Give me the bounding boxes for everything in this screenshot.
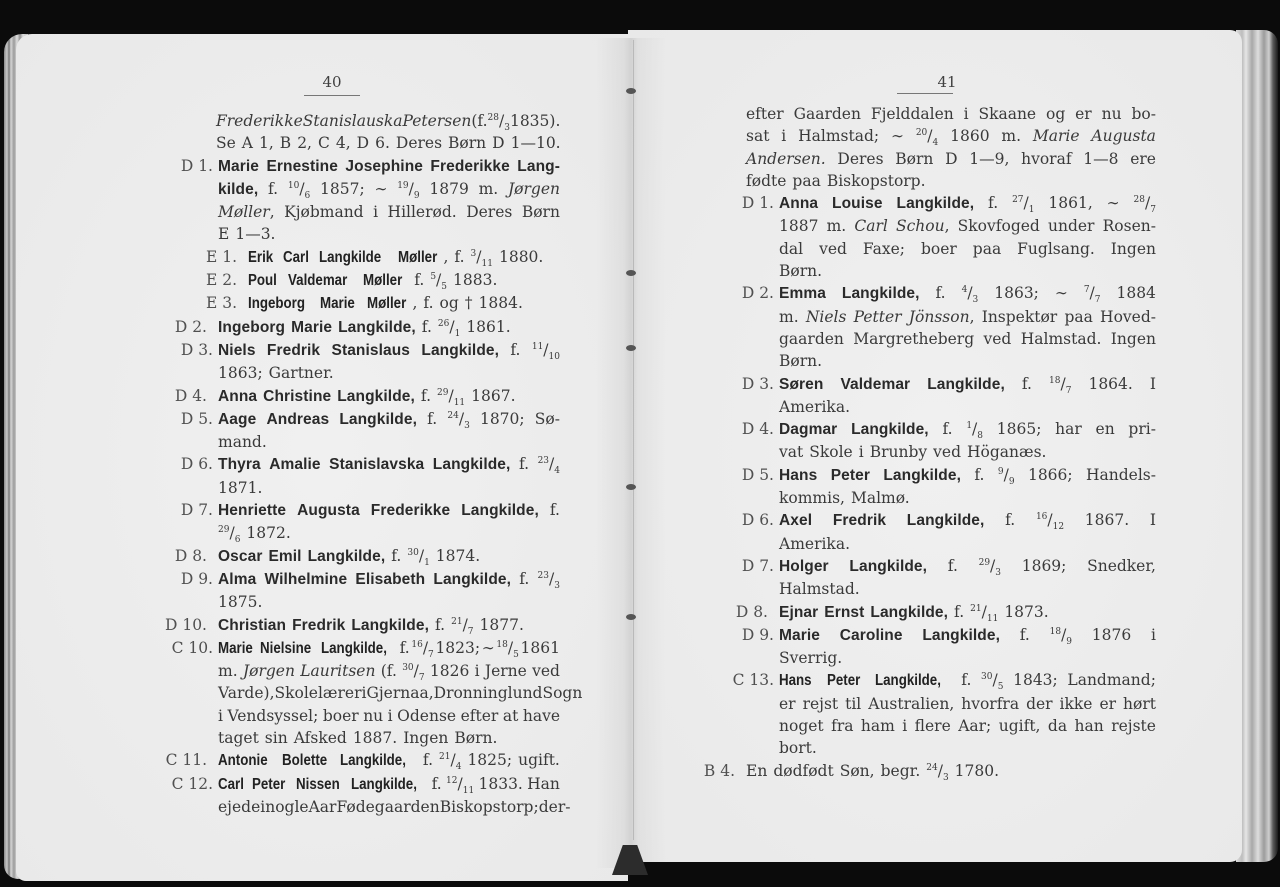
- text-fragment: 7: [1150, 205, 1156, 215]
- text-fragment: mand.: [218, 433, 267, 451]
- text-fragment: fødte: [746, 172, 786, 190]
- entry-line: D 5.HansPeterLangkilde,f.9/91866;Handels…: [779, 464, 1156, 487]
- text-fragment: bo-: [1131, 105, 1156, 123]
- text-fragment: Hillerød.: [388, 203, 457, 221]
- word: Vendsyssel;: [227, 705, 318, 727]
- word: Børn: [448, 132, 486, 154]
- text-fragment: 30: [981, 672, 992, 682]
- entry-line: D 1.MarieErnestineJosephineFrederikkeLan…: [218, 155, 560, 178]
- person-name: Marie: [218, 158, 259, 175]
- text-fragment: 1: [1029, 205, 1035, 215]
- person-name: Stanislaus: [332, 342, 411, 359]
- word: under: [1048, 215, 1094, 237]
- text-fragment: f.: [954, 603, 964, 621]
- entry-line: D 10.ChristianFredrikLangkilde,f.21/7187…: [218, 614, 560, 637]
- word: Lang-: [517, 155, 560, 178]
- text-fragment: Gjernaa,: [366, 684, 433, 702]
- text-fragment: 1865;: [997, 420, 1042, 438]
- person-name: Christine: [263, 388, 331, 405]
- left-page-text: FrederikkeStanislauskaPetersen(f.28/3183…: [171, 110, 560, 818]
- text-fragment: C: [318, 134, 330, 152]
- word: 3/11: [471, 246, 493, 269]
- text-fragment: 1—10.: [511, 134, 561, 152]
- word: ved: [984, 328, 1012, 350]
- person-name: Fredrik: [267, 342, 320, 359]
- person-name: Ingeborg: [218, 319, 285, 336]
- person-name: Langkilde,: [433, 456, 511, 473]
- person-name: Langkilde,: [927, 376, 1005, 393]
- entry-line: C 11.AntonieBoletteLangkilde,f.21/41825;…: [218, 749, 560, 772]
- word: boer: [921, 238, 957, 260]
- word: Langkilde,: [851, 418, 929, 441]
- person-name: Stanislavska: [329, 456, 424, 473]
- word: 1861: [521, 637, 560, 660]
- person-name: Langkilde,: [321, 638, 387, 660]
- word: 5/5: [430, 269, 447, 292]
- person-name: Langkilde: [319, 247, 381, 269]
- word: ∼: [1107, 192, 1120, 215]
- text-fragment: 24: [447, 411, 458, 421]
- word: D: [945, 148, 957, 170]
- entry-label: D 9.: [181, 568, 218, 590]
- word: Nielsine: [260, 637, 319, 660]
- text-fragment: 10: [549, 352, 560, 362]
- word: ved: [532, 660, 560, 682]
- word: Langkilde,: [433, 568, 511, 591]
- text-fragment: Skaane: [978, 105, 1036, 123]
- text-line: m.NielsPetterJönsson,InspektørpaaHoved-: [779, 306, 1156, 328]
- text-fragment: 1861: [521, 639, 560, 657]
- text-fragment: 1863;: [994, 284, 1039, 302]
- word: i: [781, 125, 786, 147]
- text-fragment: 1861,: [1048, 194, 1092, 212]
- word: Alma: [218, 568, 256, 591]
- word: 26/1: [438, 316, 460, 339]
- text-fragment: f.: [942, 420, 952, 438]
- word: Fødegaarden: [336, 796, 439, 818]
- word: Hans: [779, 669, 817, 692]
- text-fragment: Deres: [837, 150, 883, 168]
- entry-label: D 2.: [742, 282, 779, 304]
- entry-label: E 3.: [206, 292, 242, 314]
- entry-label: D 4.: [175, 385, 212, 407]
- text-fragment: 11: [482, 259, 493, 269]
- person-name: Langkilde,: [870, 604, 948, 621]
- word: nogle: [265, 796, 308, 818]
- text-fragment: 1876: [1092, 626, 1131, 644]
- word: f.: [454, 246, 464, 269]
- person-name: Nissen: [296, 774, 340, 796]
- entry-line: D 9.MarieCarolineLangkilde,f.18/91876i: [779, 624, 1156, 647]
- word: Thyra: [218, 453, 261, 476]
- word: hvorfra: [961, 693, 1019, 715]
- text-fragment: sat: [746, 127, 769, 145]
- text-fragment: Jerne: [485, 662, 527, 680]
- text-line: Varde),SkolelæreriGjernaa,DronninglundSo…: [218, 682, 560, 704]
- text-fragment: Fjelddalen: [871, 105, 954, 123]
- word: i: [388, 705, 393, 727]
- word: Emma: [779, 282, 826, 305]
- text-fragment: begr.: [881, 762, 921, 780]
- person-name: Langkilde,: [461, 502, 539, 519]
- person-name: Langkilde,: [907, 512, 985, 529]
- text-fragment: Kjøbmand: [284, 203, 363, 221]
- word: Stanislavska: [329, 453, 424, 476]
- person-name: Christian: [218, 617, 286, 634]
- word: Amalie: [269, 453, 320, 476]
- binding-stitch: [626, 484, 636, 490]
- text-fragment: dødfødt: [773, 762, 833, 780]
- text-fragment: ugift.: [518, 751, 560, 769]
- person-name: Marie: [320, 293, 355, 315]
- text-fragment: 1: [424, 558, 430, 568]
- word: Peter: [827, 669, 866, 692]
- text-fragment: Ingen: [1111, 240, 1156, 258]
- entry-label: D 9.: [742, 624, 779, 646]
- word: Christine: [263, 385, 331, 408]
- word: f.: [1020, 624, 1030, 647]
- word: Langkilde,: [339, 408, 417, 431]
- entry-line: D 3.SørenValdemarLangkilde,f.18/71864.I: [779, 373, 1156, 396]
- person-name: Wilhelmine: [265, 571, 348, 588]
- text-fragment: 4: [554, 467, 560, 477]
- text-line: FrederikkeStanislauskaPetersen(f.28/3183…: [216, 110, 560, 132]
- text-line: errejsttilAustralien,hvorfraderikkeerhør…: [779, 693, 1156, 715]
- text-fragment: (f.: [471, 112, 487, 130]
- word: Møller: [363, 269, 409, 292]
- text-fragment: 1826: [430, 662, 469, 680]
- text-fragment: Børn.: [779, 262, 822, 280]
- word: Langkilde,: [922, 624, 1000, 647]
- word: 1—9,: [969, 148, 1009, 170]
- person-name: Frederikke: [430, 158, 509, 175]
- page-number-rule: [304, 95, 360, 96]
- word: Langkilde,: [875, 669, 952, 692]
- text-fragment: Ingen: [1111, 330, 1156, 348]
- word: Biskopstorp;: [440, 796, 539, 818]
- person-name: Amalie: [269, 456, 320, 473]
- word: Langkilde,: [461, 499, 539, 522]
- text-fragment: 1780.: [955, 762, 999, 780]
- word: Ernestine: [266, 155, 338, 178]
- text-fragment: sin: [265, 729, 288, 747]
- word: Andreas: [266, 408, 329, 431]
- text-fragment: nu: [363, 707, 383, 725]
- word: Skole: [809, 441, 852, 463]
- entry-line: D 8.EjnarErnstLangkilde,f.21/111873.: [779, 601, 1156, 624]
- text-fragment: f.: [435, 616, 445, 634]
- spouse-name: Stanislauska: [303, 112, 403, 130]
- word: Langkilde,: [421, 339, 499, 362]
- word: i: [373, 201, 378, 223]
- word: 16/7: [411, 637, 433, 660]
- word: Ingeborg: [248, 292, 314, 315]
- text-fragment: ere: [1130, 150, 1156, 168]
- person-name: Fredrik: [833, 512, 886, 529]
- text-fragment: hvoraf: [1021, 150, 1071, 168]
- word: 23/4: [538, 453, 560, 476]
- entry-line: D 7.HolgerLangkilde,f.29/31869;Snedker,: [779, 555, 1156, 578]
- word: 1884.: [479, 292, 523, 315]
- text-fragment: fra: [831, 717, 853, 735]
- text-fragment: 12: [446, 775, 457, 785]
- person-name: Langkilde,: [842, 285, 920, 302]
- text-fragment: Sverrig.: [779, 649, 842, 667]
- text-fragment: vat: [779, 443, 803, 461]
- word: kilde,: [218, 178, 258, 201]
- word: Carl: [283, 246, 313, 269]
- word: f.: [435, 614, 445, 637]
- word: Schou,: [896, 215, 950, 237]
- text-fragment: Gaarden: [794, 105, 861, 123]
- word: 1825;: [467, 749, 512, 772]
- word: da: [1048, 715, 1067, 737]
- person-name: Langkilde,: [851, 421, 929, 438]
- person-name: Bolette: [282, 750, 327, 772]
- word: Amerika.: [779, 396, 850, 418]
- person-name: Oscar: [218, 548, 262, 565]
- word: Höganæs.: [967, 441, 1046, 463]
- person-name: Emma: [779, 285, 826, 302]
- text-fragment: 5: [998, 683, 1004, 693]
- person-name: kilde,: [218, 181, 258, 198]
- entry-label: D 7.: [742, 555, 779, 577]
- text-fragment: 1884.: [479, 294, 523, 312]
- binding-stitch: [626, 345, 636, 351]
- word: f.: [423, 749, 433, 772]
- text-fragment: f.: [432, 775, 442, 793]
- word: 1887: [779, 215, 818, 237]
- entry-line: B 4.EndødfødtSøn,begr.24/31780.: [746, 760, 1156, 782]
- text-fragment: i: [781, 127, 786, 145]
- person-name: Ejnar: [779, 604, 818, 621]
- person-name: Møller: [398, 247, 437, 269]
- word: 1879: [429, 178, 468, 201]
- word: Caroline: [840, 624, 903, 647]
- text-fragment: Deres: [466, 203, 512, 221]
- text-fragment: 1877.: [480, 616, 524, 634]
- text-fragment: ved: [819, 240, 847, 258]
- right-page-edges: [1236, 30, 1278, 862]
- text-fragment: f.: [510, 341, 520, 359]
- word: Peter: [252, 773, 291, 796]
- text-fragment: gaarden: [779, 330, 844, 348]
- entry-line: D 4.DagmarLangkilde,f.1/81865;harenpri-: [779, 418, 1156, 441]
- person-name: Aage: [218, 411, 256, 428]
- word: 1867.: [471, 385, 515, 408]
- word: Snedker,: [1087, 555, 1156, 578]
- text-fragment: Landmand;: [1067, 671, 1156, 689]
- text-fragment: taget: [218, 729, 259, 747]
- text-fragment: at: [503, 707, 518, 725]
- text-fragment: Amerika.: [779, 398, 850, 416]
- word: 10/6: [288, 178, 310, 201]
- word: Hoved-: [1100, 306, 1156, 328]
- word: Holger: [779, 555, 829, 578]
- word: Skovfoged: [958, 215, 1040, 237]
- word: Langkilde,: [338, 316, 416, 339]
- word: 23/3: [538, 568, 560, 591]
- text-line: Børn.: [779, 350, 1156, 372]
- text-fragment: 1—8: [1083, 150, 1118, 168]
- text-fragment: ,: [270, 203, 275, 221]
- text-fragment: ,: [945, 217, 950, 235]
- word: i: [859, 441, 864, 463]
- word: Handels-: [1086, 464, 1156, 487]
- word: 1869;: [1022, 555, 1067, 578]
- entry-label: E 2.: [206, 269, 242, 291]
- word: 18/7: [1049, 373, 1071, 396]
- text-fragment: 9: [1009, 477, 1015, 487]
- word: flere: [915, 715, 951, 737]
- person-name: Josephine: [345, 158, 423, 175]
- text-fragment: Børn: [895, 150, 933, 168]
- text-fragment: 18: [1050, 627, 1061, 637]
- text-fragment: ejede: [218, 798, 260, 816]
- text-fragment: f.: [422, 318, 432, 336]
- word: 1/8: [966, 418, 983, 441]
- entry-label: D 6.: [742, 509, 779, 531]
- text-fragment: og: [1046, 105, 1065, 123]
- word: Dagmar: [779, 418, 837, 441]
- person-name: Axel: [779, 512, 812, 529]
- text-fragment: B: [280, 134, 291, 152]
- word: 1873.: [1004, 601, 1048, 624]
- text-fragment: hvorfra: [961, 695, 1019, 713]
- person-name: Peter: [831, 467, 870, 484]
- text-fragment: 1: [455, 329, 461, 339]
- text-fragment: 21: [451, 616, 462, 626]
- text-fragment: Sogn: [542, 684, 582, 702]
- text-line: Møller,KjøbmandiHillerød.DeresBørn: [218, 201, 560, 223]
- word: Møller,: [218, 201, 275, 223]
- text-fragment: Faxe;: [863, 240, 905, 258]
- word: 24/3: [447, 408, 469, 431]
- text-fragment: 1863;: [218, 364, 263, 382]
- word: 30/1: [407, 545, 429, 568]
- spouse-name: Carl: [854, 217, 887, 235]
- word: nu: [1102, 103, 1122, 125]
- text-fragment: 1857;: [320, 180, 365, 198]
- text-fragment: er: [1075, 105, 1092, 123]
- word: f.: [268, 178, 278, 201]
- text-fragment: Dronninglund: [434, 684, 543, 702]
- entry-label: D 5.: [742, 464, 779, 486]
- text-fragment: Søn,: [840, 762, 875, 780]
- word: efter: [746, 103, 784, 125]
- text-fragment: Skolelærer: [275, 684, 362, 702]
- text-line: tagetsinAfsked1887.IngenBørn.: [218, 727, 560, 749]
- person-name: Langkilde,: [308, 548, 386, 565]
- word: ugift.: [518, 749, 560, 772]
- text-fragment: m.: [479, 180, 499, 198]
- entry-line: D 8.OscarEmilLangkilde,f.30/11874.: [218, 545, 560, 568]
- word: Ingen: [403, 727, 448, 749]
- word: Bolette: [282, 749, 335, 772]
- word: i: [475, 660, 480, 682]
- word: f.: [550, 499, 560, 522]
- word: Australien,: [868, 693, 954, 715]
- text-fragment: Børn: [448, 134, 486, 152]
- text-line: bort.: [779, 737, 1156, 759]
- text-fragment: 3: [973, 295, 979, 305]
- word: 16/12: [1036, 509, 1064, 532]
- text-fragment: f.: [1020, 626, 1030, 644]
- text-fragment: ∼: [1055, 284, 1068, 302]
- word: B: [280, 132, 291, 154]
- word: Henriette: [218, 499, 286, 522]
- text-fragment: Gartner.: [269, 364, 334, 382]
- entry-line: D 6.AxelFredrikLangkilde,f.16/121867.I: [779, 509, 1156, 532]
- text-line: gaardenMargrethebergvedHalmstad.Ingen: [779, 328, 1156, 350]
- entry-label: B 4.: [704, 760, 740, 782]
- text-fragment: Skovfoged: [958, 217, 1040, 235]
- text-fragment: D: [492, 134, 504, 152]
- word: Kjøbmand: [284, 201, 363, 223]
- text-fragment: der: [1026, 695, 1053, 713]
- word: Marie: [218, 155, 259, 178]
- word: Halmstad.: [779, 578, 860, 600]
- text-fragment: er: [779, 695, 796, 713]
- word: sat: [746, 125, 769, 147]
- word: f.: [988, 192, 998, 215]
- text-fragment: 3: [995, 568, 1001, 578]
- text-fragment: der-: [539, 798, 571, 816]
- word: Petter: [854, 306, 902, 328]
- spouse-name: Jørgen: [243, 662, 295, 680]
- text-fragment: en: [1096, 420, 1115, 438]
- entry-line: D 2.IngeborgMarieLangkilde,f.26/11861.: [218, 316, 560, 339]
- text-fragment: 6: [305, 191, 311, 201]
- text-fragment: 10: [288, 181, 299, 191]
- entry-line: D 9.AlmaWilhelmineElisabethLangkilde,f.2…: [218, 568, 560, 591]
- word: †: [465, 292, 473, 315]
- word: f.: [954, 601, 964, 624]
- text-fragment: ugift,: [999, 717, 1041, 735]
- person-name: Møller: [363, 270, 402, 292]
- text-fragment: 21: [439, 752, 450, 762]
- word: mand.: [218, 431, 267, 453]
- person-name: Dagmar: [779, 421, 837, 438]
- word: fra: [831, 715, 853, 737]
- word: efter: [461, 705, 499, 727]
- person-name: Langkilde,: [351, 617, 429, 634]
- entry-label: C 11.: [166, 749, 212, 771]
- word: han: [1075, 715, 1104, 737]
- text-fragment: 2,: [297, 134, 312, 152]
- word: ved: [819, 238, 847, 260]
- text-fragment: 1843;: [1013, 671, 1058, 689]
- text-fragment: Biskopstorp.: [827, 172, 926, 190]
- text-fragment: 7: [428, 650, 434, 660]
- person-name: Ernestine: [266, 158, 338, 175]
- text-fragment: i: [218, 707, 223, 725]
- person-name: Valdemar: [288, 270, 347, 292]
- word: 1864.: [1088, 373, 1132, 396]
- text-fragment: 1870;: [480, 410, 525, 428]
- word: Gaarden: [794, 103, 861, 125]
- text-line: nogetfrahamiflereAar;ugift,dahanrejste: [779, 715, 1156, 737]
- text-fragment: 28: [488, 113, 499, 123]
- word: Børn: [522, 201, 560, 223]
- text-fragment: 11: [987, 614, 998, 624]
- entry-label: C 10.: [172, 637, 218, 659]
- word: Augusta: [297, 499, 360, 522]
- text-fragment: 16: [1036, 512, 1047, 522]
- text-fragment: 5: [513, 650, 519, 660]
- text-line: Amerika.: [779, 396, 1156, 418]
- word: i: [1151, 624, 1156, 647]
